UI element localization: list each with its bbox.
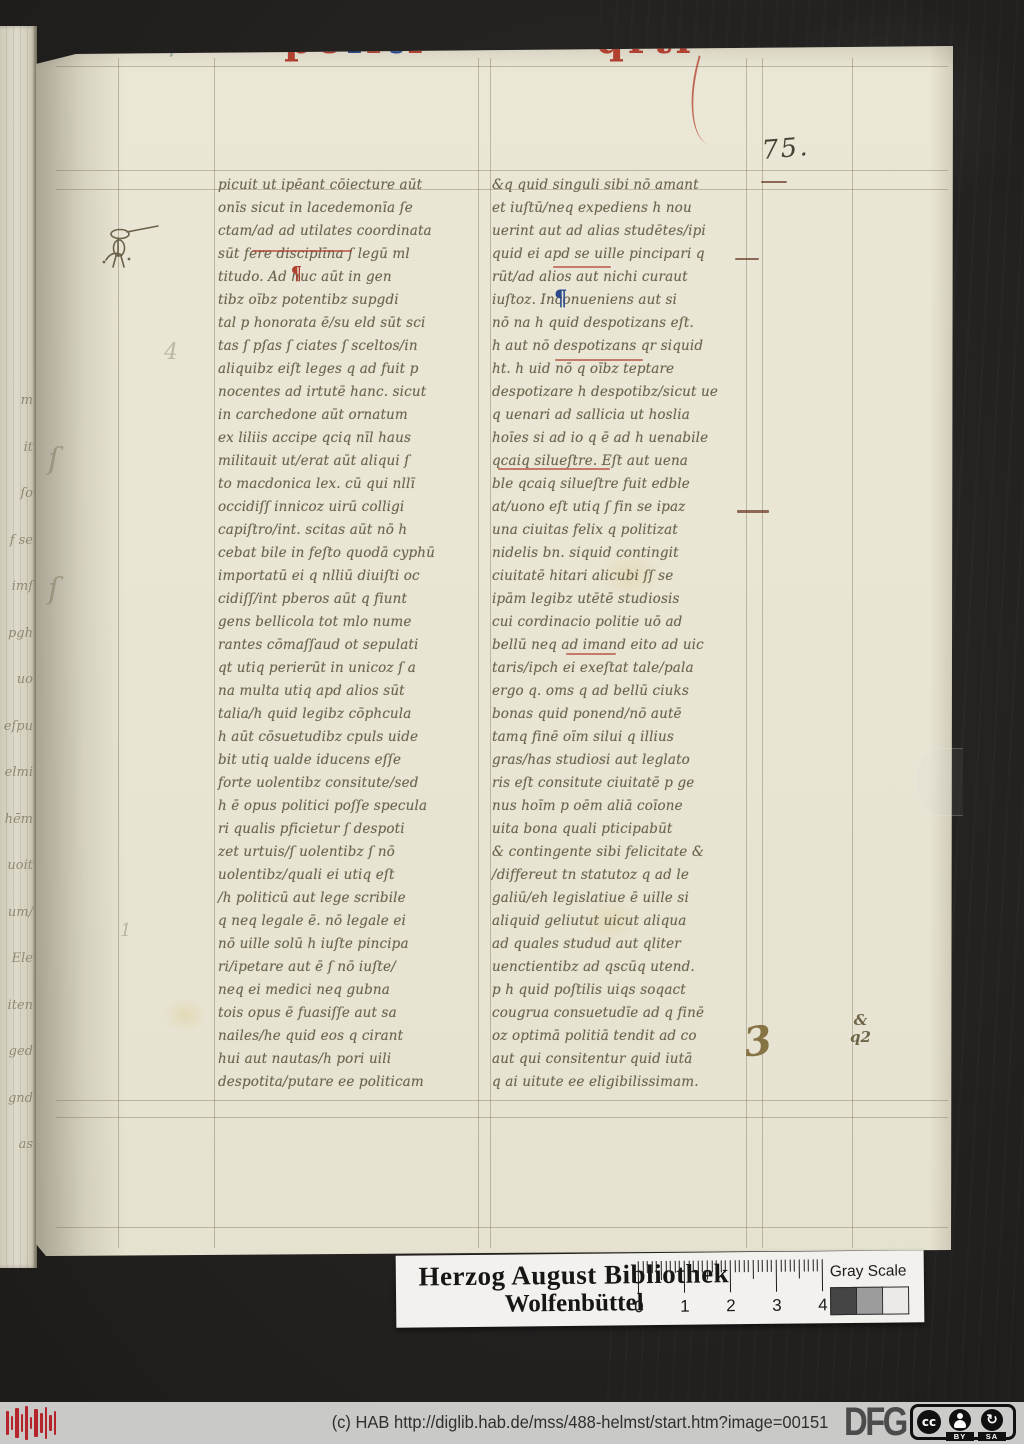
ruler-tick — [656, 1261, 657, 1273]
manuscript-line: ble qcaiq silueſtre fuit edble — [492, 473, 762, 496]
header-letter: l — [347, 16, 366, 63]
manuscript-line: tois opus ē fuasiſſe aut sa — [218, 1002, 482, 1025]
ruler-tick — [679, 1261, 680, 1273]
edge-text-fragment: hēm — [0, 797, 33, 844]
column-b: &q quid singuli sibi nō amantet iuſtū/ne… — [492, 174, 762, 1094]
manuscript-line: ciuitatē hitari alicubi ſſ se — [492, 565, 762, 588]
logo-bar — [25, 1406, 28, 1440]
manuscript-line: et iuſtū/neq expediens h nou — [492, 197, 762, 220]
header-letter: p — [284, 16, 316, 63]
ruler-tick — [762, 1260, 763, 1272]
manuscript-line: ad quales studud aut qliter — [492, 933, 762, 956]
ruler-tick — [716, 1260, 717, 1272]
manuscript-line: ri qualis pficietur ſ despoti — [218, 818, 482, 841]
edge-text-fragment: ſo — [0, 471, 33, 518]
manuscript-line: ipām legibz utētē studiosis — [492, 588, 762, 611]
folio-number: 75. — [761, 132, 811, 166]
page-holder-clip — [916, 748, 963, 816]
manuscript-line: q neq legale ē. nō legale ei — [218, 910, 482, 933]
ruler-tick — [780, 1260, 781, 1272]
manuscript-line: uerint aut ad alias studētes/ipi — [492, 220, 762, 243]
ruler-tick — [702, 1261, 703, 1273]
manuscript-line: galiū/eh legislatiue ē uille si — [492, 887, 762, 910]
manuscript-line: importatū ei q nlliū diuiſti oc — [218, 565, 482, 588]
person-head — [957, 1413, 963, 1419]
manuscript-line: uita bona quali pticipabūt — [492, 818, 762, 841]
edge-text-fragment: ged — [0, 1029, 33, 1076]
ruler-tick — [808, 1259, 809, 1271]
ruler-tick — [693, 1261, 694, 1273]
cc-license-badge: cc ↻ BY SA — [910, 1404, 1016, 1440]
manuscript-line: nidelis bn. siquid contingit — [492, 542, 762, 565]
manuscript-line: aliquid geliutut uicut aliqua — [492, 910, 762, 933]
ruler-number: 4 — [818, 1295, 828, 1315]
manuscript-line: ris eſt consitute ciuitatē p ge — [492, 772, 762, 795]
manuscript-line: p h quid poſtilis uiqs soqact — [492, 979, 762, 1002]
manuscript-line: to macdonica lex. cū qui nllī — [218, 473, 482, 496]
ruler-tick — [822, 1259, 823, 1291]
ruling-horizontal-line — [56, 1100, 948, 1101]
edge-text-fragment: pgh — [0, 611, 33, 658]
manuscript-line: ht. h uid nō q oībz teptare — [492, 358, 762, 381]
manuscript-line: cui cordinacio politie uō ad — [492, 611, 762, 634]
manuscript-line: /h politicū aut lege scribile — [218, 887, 482, 910]
facing-page-text-fragments: mitſof seimſpghuoeſpuelmihēmuoitum/Eleit… — [0, 378, 33, 1169]
manuscript-line: rantes cōmaſſaud ot sepulati — [218, 634, 482, 657]
manuscript-line: in carchedone aūt ornatum — [218, 404, 482, 427]
manuscript-line: quid ei apd se uille pincipari q — [492, 243, 762, 266]
manuscript-line: rūt/ad alios aut nichi curaut — [492, 266, 762, 289]
manuscript-scan-viewport: mitſof seimſpghuoeſpuelmihēmuoitum/Eleit… — [0, 0, 1024, 1444]
ruler-tick — [776, 1260, 777, 1292]
manuscript-line: gens bellicola tot mlo nume — [218, 611, 482, 634]
gray-swatch — [883, 1286, 909, 1314]
manuscript-line: despotita/putare ee politicam — [218, 1071, 482, 1094]
logo-bar — [54, 1411, 56, 1435]
book-page-stack-edge: mitſof seimſpghuoeſpuelmihēmuoitum/Eleit… — [0, 26, 37, 1268]
ruler-tick — [771, 1260, 772, 1272]
ruler-tick — [647, 1261, 648, 1273]
manuscript-line: tibz oībz potentibz supgdi — [218, 289, 482, 312]
cm-ruler: 01234 — [638, 1259, 835, 1319]
copyright-url-text: (c) HAB http://diglib.hab.de/mss/488-hel… — [300, 1401, 860, 1444]
ruling-horizontal-line — [56, 1227, 948, 1228]
manuscript-line: bellū neq ad imand eito ad uic — [492, 634, 762, 657]
ruling-vertical-line — [852, 58, 853, 1248]
logo-bar — [40, 1413, 43, 1433]
manuscript-line: nus hoīm p oēm aliā coīone — [492, 795, 762, 818]
ruler-tick — [794, 1260, 795, 1272]
ruling-horizontal-line — [56, 170, 948, 171]
person-body — [954, 1420, 966, 1428]
manuscript-line: &q quid singuli sibi nō amant — [492, 174, 762, 197]
manuscript-line: ri/ipetare aut ē ſ nō iuſte/ — [218, 956, 482, 979]
manuscript-line: despotizare h despotibz/sicut ue — [492, 381, 762, 404]
margin-note-bottom: q2 — [850, 1029, 871, 1046]
edge-text-fragment: as — [0, 1122, 33, 1169]
manuscript-line: nō uille solū h iuſte pincipa — [218, 933, 482, 956]
ruler-number: 0 — [634, 1297, 644, 1317]
edge-text-fragment: uo — [0, 657, 33, 704]
manuscript-line: q uenari ad sallicia ut hoslia — [492, 404, 762, 427]
logo-bar — [34, 1409, 38, 1437]
manuscript-line: at/uono eſt utiq ſ fin se ipaz — [492, 496, 762, 519]
ruler-tick — [743, 1260, 744, 1272]
manuscript-line: occidiſſ innicoz uirū colligi — [218, 496, 482, 519]
manuscript-line: nailes/he quid eos q cirant — [218, 1025, 482, 1048]
ruler-tick — [661, 1261, 662, 1280]
rubric-underline — [555, 359, 643, 361]
manuscript-line: nō na h quid despotizans eſt. — [492, 312, 762, 335]
manuscript-line: cougrua consuetudīe ad q finē — [492, 1002, 762, 1025]
ruling-vertical-line — [490, 58, 491, 1248]
hab-red-bars-logo — [6, 1404, 66, 1442]
ruler-number: 2 — [726, 1296, 736, 1316]
header-letter: i — [366, 16, 385, 63]
logo-bar — [6, 1411, 9, 1435]
manuscript-line: cebat bile in feſto quodā cyphū — [218, 542, 482, 565]
manuscript-line: sūt fere disciplīna ſ legū ml — [218, 243, 482, 266]
manuscript-line: /differeut tn statutoz q ad le — [492, 864, 762, 887]
manuscript-line: titudo. Ad huc aūt in gen — [218, 266, 482, 289]
parchment-stain — [155, 990, 215, 1040]
rubric-underline — [252, 250, 352, 252]
ruler-tick — [739, 1260, 740, 1272]
ruler-tick — [766, 1260, 767, 1272]
ruler-tick — [817, 1259, 818, 1271]
quire-signature-mark: 3 — [741, 1016, 775, 1066]
ruler-tick — [725, 1260, 726, 1272]
manuscript-line: capiſtro/int. scitas aūt nō h — [218, 519, 482, 542]
column-a: picuit ut ipēant cōiecture aūtonīs sicut… — [218, 174, 482, 1094]
ruler-tick — [670, 1261, 671, 1273]
manuscript-line: cidiſſ/int pberos aūt q fiunt — [218, 588, 482, 611]
edge-text-fragment: iten — [0, 983, 33, 1030]
edge-text-fragment: Ele — [0, 936, 33, 983]
manuscript-line: h aut nō despotizans qr siquid — [492, 335, 762, 358]
edge-text-fragment: m — [0, 378, 33, 425]
ruler-tick — [748, 1260, 749, 1272]
manuscript-page: politi qrti ς 75. picuit ut ipēant cōiec… — [36, 44, 953, 1256]
page-edge-shade — [929, 44, 953, 1256]
manuscript-line: q ai uitute ee eligibilissimam. — [492, 1071, 762, 1094]
logo-bar — [49, 1415, 52, 1431]
ruler-tick — [803, 1259, 804, 1271]
red-pilcrow-mark: ¶ — [291, 263, 302, 285]
ruler-tick — [684, 1261, 685, 1293]
logo-bar — [11, 1416, 13, 1430]
library-label: Herzog August Bibliothek Wolfenbüttel 01… — [396, 1250, 925, 1328]
manuscript-line: forte uolentibz consitute/sed — [218, 772, 482, 795]
logo-bar — [15, 1408, 19, 1438]
manuscript-line: tal p honorata ē/su eld sūt sci — [218, 312, 482, 335]
manuscript-line: aut qui consitentur quid iutā — [492, 1048, 762, 1071]
manuscript-line: uenctientibz ad qscūq utend. — [492, 956, 762, 979]
margin-doodle-icon — [98, 224, 162, 280]
manuscript-line: hoīes si ad io q ē ad h uenabile — [492, 427, 762, 450]
ruling-horizontal-line — [56, 66, 948, 67]
manuscript-line: tas ſ pſas ſ ciates ſ sceltos/in — [218, 335, 482, 358]
manuscript-line: h aūt cōsuetudibz cpuls uide — [218, 726, 482, 749]
blue-pilcrow-mark: ¶ — [554, 285, 567, 310]
manuscript-line: onīs sicut in lacedemonīa ſe — [218, 197, 482, 220]
cc-sa-arrow-icon: ↻ — [981, 1409, 1003, 1431]
manuscript-line: tamq finē oīm silui q illius — [492, 726, 762, 749]
ruler-tick — [721, 1260, 722, 1272]
manuscript-line: zet urtuis/ſ uolentibz ſ nō — [218, 841, 482, 864]
ruler-tick — [757, 1260, 758, 1272]
logo-bar — [21, 1414, 23, 1432]
header-letter: t — [385, 16, 407, 63]
cc-by-label: BY — [946, 1432, 974, 1441]
cc-by-person-icon — [949, 1409, 971, 1431]
manuscript-line: bonas quid ponend/nō autē — [492, 703, 762, 726]
ruler-number: 1 — [680, 1297, 690, 1317]
gutter-flourish-mark: ſ — [48, 442, 59, 477]
manuscript-line: qt utiq perierūt in unicoz ſ a — [218, 657, 482, 680]
edge-text-fragment: um/ — [0, 890, 33, 937]
faint-pencil-mark: 1 — [120, 920, 131, 941]
ruler-tick — [789, 1260, 790, 1272]
edge-text-fragment: uoit — [0, 843, 33, 890]
rubric-underline — [566, 653, 616, 655]
edge-text-fragment: imſ — [0, 564, 33, 611]
gutter-flourish-mark: ſ — [48, 572, 59, 607]
ruling-horizontal-line — [56, 1117, 948, 1118]
manuscript-line: militauit ut/erat aūt aliqui ſ — [218, 450, 482, 473]
manuscript-line: h ē opus politici poſſe specula — [218, 795, 482, 818]
dfg-logo: DFG — [844, 1400, 906, 1444]
ruler-tick — [698, 1261, 699, 1273]
margin-note-symbol: & q2 — [850, 1012, 871, 1046]
gray-swatch — [857, 1287, 883, 1315]
manuscript-line: iuſtoz. Inconueniens aut si — [492, 289, 762, 312]
logo-bar — [30, 1417, 32, 1429]
edge-text-fragment: f se — [0, 518, 33, 565]
ruler-tick — [799, 1260, 800, 1279]
ruler-tick — [665, 1261, 666, 1273]
manuscript-line: oz optimā politiā tendit ad co — [492, 1025, 762, 1048]
faint-pencil-mark: 4 — [164, 340, 178, 365]
header-letter: i — [408, 16, 427, 63]
ruler-tick — [638, 1261, 639, 1293]
manuscript-line: una ciuitas felix q politizat — [492, 519, 762, 542]
manuscript-line: na multa utiq apd alios sūt — [218, 680, 482, 703]
margin-dash — [737, 510, 769, 513]
ruling-vertical-line — [762, 58, 763, 1248]
margin-note-top: & — [850, 1012, 871, 1029]
manuscript-line: & contingente sibi felicitate & — [492, 841, 762, 864]
manuscript-line: aliquibz eiſt leges q ad fuit p — [218, 358, 482, 381]
gray-scale-swatches — [830, 1286, 909, 1313]
rubric-underline — [553, 266, 611, 268]
manuscript-line: bit utiq ualde iducens eſſe — [218, 749, 482, 772]
manuscript-line: uolentibz/quali ei utiq eſt — [218, 864, 482, 887]
gray-swatch — [830, 1287, 857, 1315]
cc-logo-icon: cc — [917, 1410, 941, 1434]
manuscript-line: neq ei medici neq gubna — [218, 979, 482, 1002]
header-letter: o — [316, 16, 347, 63]
ruler-tick — [734, 1260, 735, 1272]
manuscript-line: ergo q. oms q ad bellū ciuks — [492, 680, 762, 703]
ruler-tick — [730, 1260, 731, 1292]
manuscript-line: nocentes ad irtutē hanc. sicut — [218, 381, 482, 404]
ruler-tick — [652, 1261, 653, 1273]
cc-sa-label: SA — [978, 1432, 1006, 1441]
margin-dash — [735, 258, 759, 260]
gray-scale-label: Gray Scale — [830, 1262, 920, 1281]
logo-bar — [45, 1407, 47, 1439]
margin-dash — [761, 181, 787, 183]
manuscript-line: gras/has studiosi aut leglato — [492, 749, 762, 772]
manuscript-line: ctam/ad ad utilates coordinata — [218, 220, 482, 243]
edge-text-fragment: gnd — [0, 1076, 33, 1123]
manuscript-line: taris/ipch ei exeſtat tale/pala — [492, 657, 762, 680]
footer-bar: (c) HAB http://diglib.hab.de/mss/488-hel… — [0, 1402, 1024, 1444]
ruling-vertical-line — [214, 58, 215, 1248]
rubric-strikethrough — [498, 468, 610, 470]
manuscript-line: hui aut nautas/h pori uili — [218, 1048, 482, 1071]
edge-text-fragment: eſpu — [0, 704, 33, 751]
edge-text-fragment: elmi — [0, 750, 33, 797]
edge-text-fragment: it — [0, 425, 33, 472]
manuscript-line: picuit ut ipēant cōiecture aūt — [218, 174, 482, 197]
manuscript-line: talia/h quid legibz cōphcula — [218, 703, 482, 726]
ruler-tick — [753, 1260, 754, 1279]
ruler-tick — [675, 1261, 676, 1273]
ruler-number: 3 — [772, 1296, 782, 1316]
ruler-tick — [688, 1261, 689, 1273]
ruler-tick — [812, 1259, 813, 1271]
running-title-left: politi — [284, 14, 464, 66]
ruler-tick — [785, 1260, 786, 1272]
ruler-tick — [707, 1260, 708, 1279]
manuscript-line: ex liliis accipe qciq nīl haus — [218, 427, 482, 450]
ruler-tick — [711, 1260, 712, 1272]
ruler-tick — [642, 1261, 643, 1273]
